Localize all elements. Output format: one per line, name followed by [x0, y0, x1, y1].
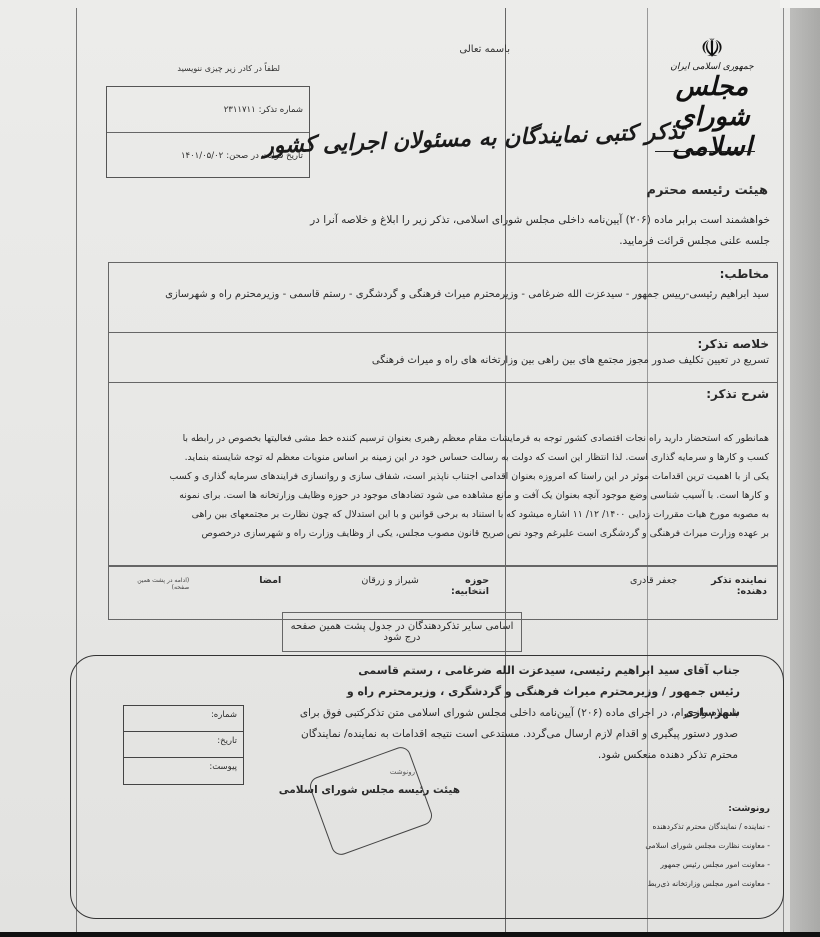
logo-line-2: مجلس شورای اسلامی	[652, 72, 772, 162]
description-line: به مصوبه مورخ هیات مقررات زدایی ۱۴۰۰/ ۱۲…	[117, 505, 769, 524]
cc-item: - معاونت امور مجلس وزارتخانه ذی‌ربط	[560, 874, 770, 893]
ref-number-row: شماره تذکر: ۲۳۱۱۷۱۱	[107, 87, 309, 132]
summary-section: خلاصه تذکر: تسریع در تعیین تکلیف صدور مج…	[109, 333, 777, 383]
description-line: بر عهده وزارت میراث فرهنگی و گردشگری است…	[117, 524, 769, 543]
logo-line-1: جمهوری اسلامی ایران	[652, 62, 772, 72]
stamp-small-text: رونوشت	[375, 768, 415, 776]
signature-label: امضا	[259, 575, 281, 586]
scan-bottom-edge	[0, 932, 820, 937]
description-line: و کارها است. با آسیب شناسی وضع موجود آنچ…	[117, 486, 769, 505]
constituency-value: شیراز و زرقان	[281, 575, 419, 586]
other-representatives-note: اسامی سایر تذکردهندگان در جدول پشت همین …	[282, 612, 522, 652]
continued-note: (ادامه در پشت همین صفحه)	[119, 577, 189, 591]
bismillah: باسمه تعالی	[430, 44, 510, 55]
ref-number-value: ۲۳۱۱۷۱۱	[224, 105, 256, 115]
constituency-label: حوزه انتخابیه:	[425, 575, 489, 597]
intro-line: جلسه علنی مجلس قرائت فرمایید.	[150, 231, 770, 252]
addressee-section: مخاطب: سید ابراهیم رئیسی-رییس جمهور - سی…	[109, 263, 777, 333]
parliament-logo: ☫ جمهوری اسلامی ایران مجلس شورای اسلامی	[652, 36, 772, 162]
description-body: همانطور که استحضار دارید راه نجات اقتصاد…	[117, 429, 769, 543]
description-line: همانطور که استحضار دارید راه نجات اقتصاد…	[117, 429, 769, 448]
representative-label: نماینده تذکر دهنده:	[679, 575, 767, 597]
addressee-text: سید ابراهیم رئیسی-رییس جمهور - سیدعزت ال…	[117, 289, 769, 300]
cc-item: - معاونت امور مجلس رئیس جمهور	[560, 855, 770, 874]
registry-date-field: تاریخ:	[124, 732, 243, 758]
registry-form: شماره: تاریخ: پیوست:	[123, 705, 244, 785]
emblem-icon: ☫	[652, 36, 772, 62]
no-write-note: لطفاً در کادر زیر چیزی ننویسید	[106, 64, 280, 73]
intro-text: خواهشمند است برابر ماده (۲۰۶) آیین‌نامه …	[150, 210, 770, 252]
representative-name: جعفر قادری	[569, 575, 677, 586]
registry-number-field: شماره:	[124, 706, 243, 732]
cc-label: رونوشت:	[560, 804, 770, 814]
intro-line: خواهشمند است برابر ماده (۲۰۶) آیین‌نامه …	[150, 210, 770, 231]
cc-list: رونوشت: - نماینده / نمایندگان محترم تذکر…	[560, 804, 770, 893]
response-addressee-line: جناب آقای سید ابراهیم رئیسی، سیدعزت الله…	[300, 660, 740, 681]
response-body-line: صدور دستور پیگیری و اقدام لازم ارسال می‌…	[288, 724, 738, 745]
description-label: شرح تذکر:	[117, 387, 769, 401]
summary-label: خلاصه تذکر:	[117, 337, 769, 351]
logo-rule	[655, 151, 755, 152]
scan-edge-top	[780, 0, 820, 8]
ref-number-label: شماره تذکر:	[259, 105, 303, 115]
addressee-label: مخاطب:	[117, 267, 769, 281]
cc-item: - نماینده / نمایندگان محترم تذکردهنده	[560, 817, 770, 836]
description-line: یکی از با اهمیت ترین اقدامات موثر در این…	[117, 467, 769, 486]
response-body: باسلام واحترام، در اجرای ماده (۲۰۶) آیین…	[288, 703, 738, 766]
salutation: هیئت رئیسه محترم	[560, 183, 768, 198]
response-body-line: باسلام واحترام، در اجرای ماده (۲۰۶) آیین…	[288, 703, 738, 724]
summary-text: تسریع در تعیین تکلیف صدور مجوز مجتمع های…	[117, 355, 769, 366]
description-section: شرح تذکر: همانطور که استحضار دارید راه ن…	[109, 383, 777, 563]
registry-attachment-field: پیوست:	[124, 758, 243, 784]
scan-edge-shadow	[790, 0, 820, 937]
stamp-text: هیئت رئیسه مجلس شورای اسلامی	[298, 784, 460, 796]
cc-item: - معاونت نظارت مجلس شورای اسلامی	[560, 836, 770, 855]
memo-form: مخاطب: سید ابراهیم رئیسی-رییس جمهور - سی…	[108, 262, 778, 566]
read-date-value: ۱۴۰۱/۰۵/۰۲	[181, 151, 223, 161]
description-line: کسب و کارها و سرمایه گذاری است. لذا انتظ…	[117, 448, 769, 467]
